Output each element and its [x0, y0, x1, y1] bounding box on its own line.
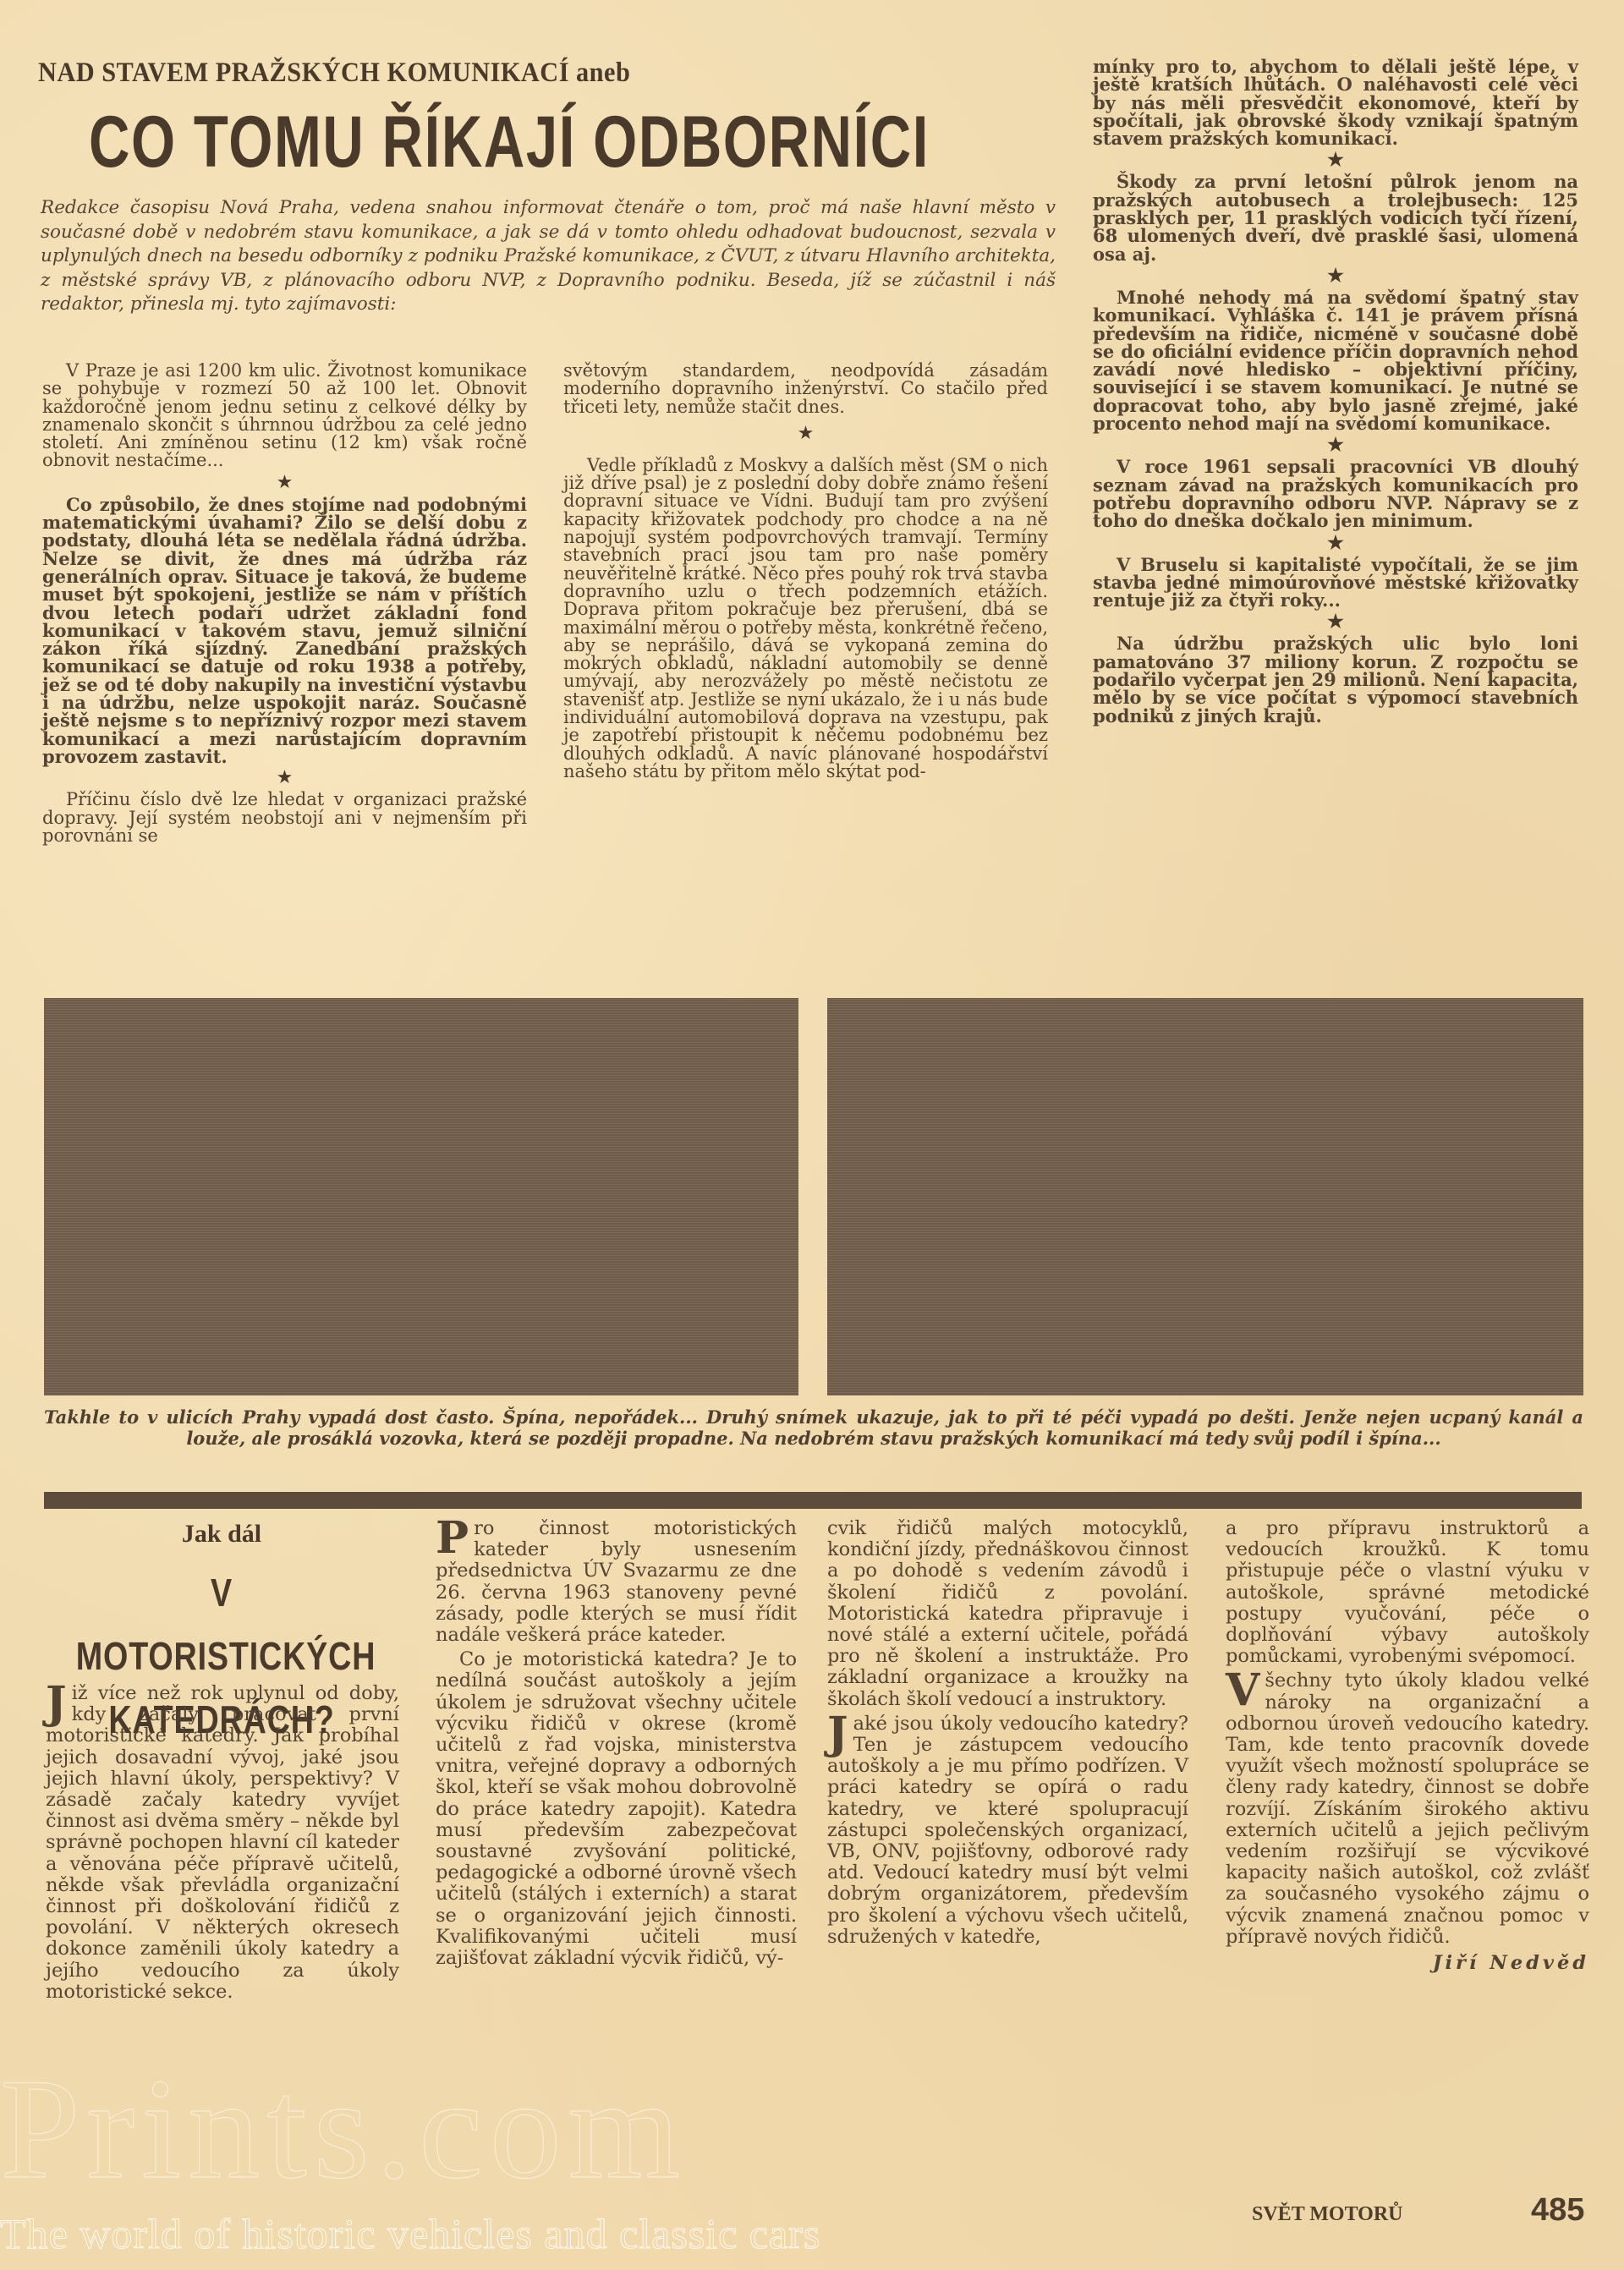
- drop-cap: V: [1226, 1672, 1259, 1709]
- paragraph: V roce 1961 sepsali pracovníci VB dlouhý…: [1093, 458, 1578, 529]
- paragraph: Co je motoristická katedra? Je to nedíln…: [436, 1649, 797, 1969]
- star-separator-icon: ★: [1093, 609, 1578, 634]
- author-byline: Jiří Nedvěd: [1226, 1953, 1589, 1974]
- magazine-name: SVĚT MOTORŮ: [1252, 2203, 1403, 2226]
- paragraph: cvik řidičů malých motocyklů, kondiční j…: [827, 1518, 1188, 1710]
- star-separator-icon: ★: [563, 421, 1048, 447]
- street-photo-right: [827, 998, 1583, 1395]
- paragraph: V Praze je asi 1200 km ulic. Životnost k…: [42, 362, 527, 470]
- paragraph-bold: Co způsobilo, že dnes stojíme nad podobn…: [42, 496, 527, 765]
- article2-column-2: Pro činnost motoristických kateder byly …: [436, 1518, 797, 1972]
- star-separator-icon: ★: [1093, 530, 1578, 556]
- drop-cap: J: [827, 1715, 848, 1752]
- watermark-tagline: The world of historic vehicles and class…: [0, 2209, 820, 2258]
- star-separator-icon: ★: [1093, 147, 1578, 173]
- paragraph: Příčinu číslo dvě lze hledat v organizac…: [42, 791, 527, 845]
- article1-column-3: mínky pro to, abychom to dělali ještě lé…: [1093, 58, 1578, 725]
- article-lead: Redakce časopisu Nová Praha, vedena snah…: [41, 196, 1056, 317]
- paragraph: Jaké jsou úkoly vedoucího katedry? Ten j…: [827, 1713, 1188, 1948]
- paragraph: Všechny tyto úkoly kladou velké nároky n…: [1226, 1670, 1589, 1948]
- article2-kicker: Jak dál: [44, 1520, 399, 1549]
- star-separator-icon: ★: [42, 765, 527, 791]
- article1-column-1: V Praze je asi 1200 km ulic. Životnost k…: [42, 362, 527, 845]
- section-divider: [44, 1492, 1582, 1509]
- paragraph: a pro přípravu instruktorů a vedoucích k…: [1226, 1518, 1589, 1667]
- drop-cap: P: [436, 1520, 469, 1557]
- street-photo-left: [44, 998, 798, 1395]
- page-number: 485: [1531, 2192, 1584, 2229]
- paragraph: mínky pro to, abychom to dělali ještě lé…: [1093, 58, 1578, 147]
- photo-caption: Takhle to v ulicích Prahy vypadá dost ča…: [44, 1406, 1583, 1449]
- article-headline: CO TOMU ŘÍKAJÍ ODBORNÍCI: [89, 100, 815, 184]
- paragraph: světovým standardem, neodpovídá zásadám …: [563, 362, 1048, 416]
- article-kicker: NAD STAVEM PRAŽSKÝCH KOMUNIKACÍ aneb: [38, 58, 987, 89]
- star-separator-icon: ★: [1093, 432, 1578, 458]
- drop-cap: J: [46, 1685, 67, 1722]
- paragraph: Na údržbu pražských ulic bylo loni pamat…: [1093, 634, 1578, 724]
- article2-column-3: cvik řidičů malých motocyklů, kondiční j…: [827, 1518, 1188, 1951]
- paragraph: Pro činnost motoristických kateder byly …: [436, 1518, 797, 1646]
- paragraph: Vedle příkladů z Moskvy a dalších měst (…: [563, 457, 1048, 781]
- paragraph: Mnohé nehody má na svědomí špatný stav k…: [1093, 288, 1578, 432]
- article1-column-2: světovým standardem, neodpovídá zásadám …: [563, 362, 1048, 781]
- watermark-logo: Prints.com: [0, 2047, 687, 2212]
- headline-line-1: V MOTORISTICKÝCH: [76, 1561, 367, 1688]
- paragraph: Již více než rok uplynul od doby, kdy za…: [46, 1683, 399, 2003]
- star-separator-icon: ★: [42, 470, 527, 496]
- article2-column-1: Již více než rok uplynul od doby, kdy za…: [46, 1683, 399, 2006]
- paragraph: V Bruselu si kapitalisté vypočítali, že …: [1093, 556, 1578, 610]
- star-separator-icon: ★: [1093, 263, 1578, 288]
- article2-column-4: a pro přípravu instruktorů a vedoucích k…: [1226, 1518, 1589, 1974]
- paragraph: Škody za první letošní půlrok jenom na p…: [1093, 173, 1578, 262]
